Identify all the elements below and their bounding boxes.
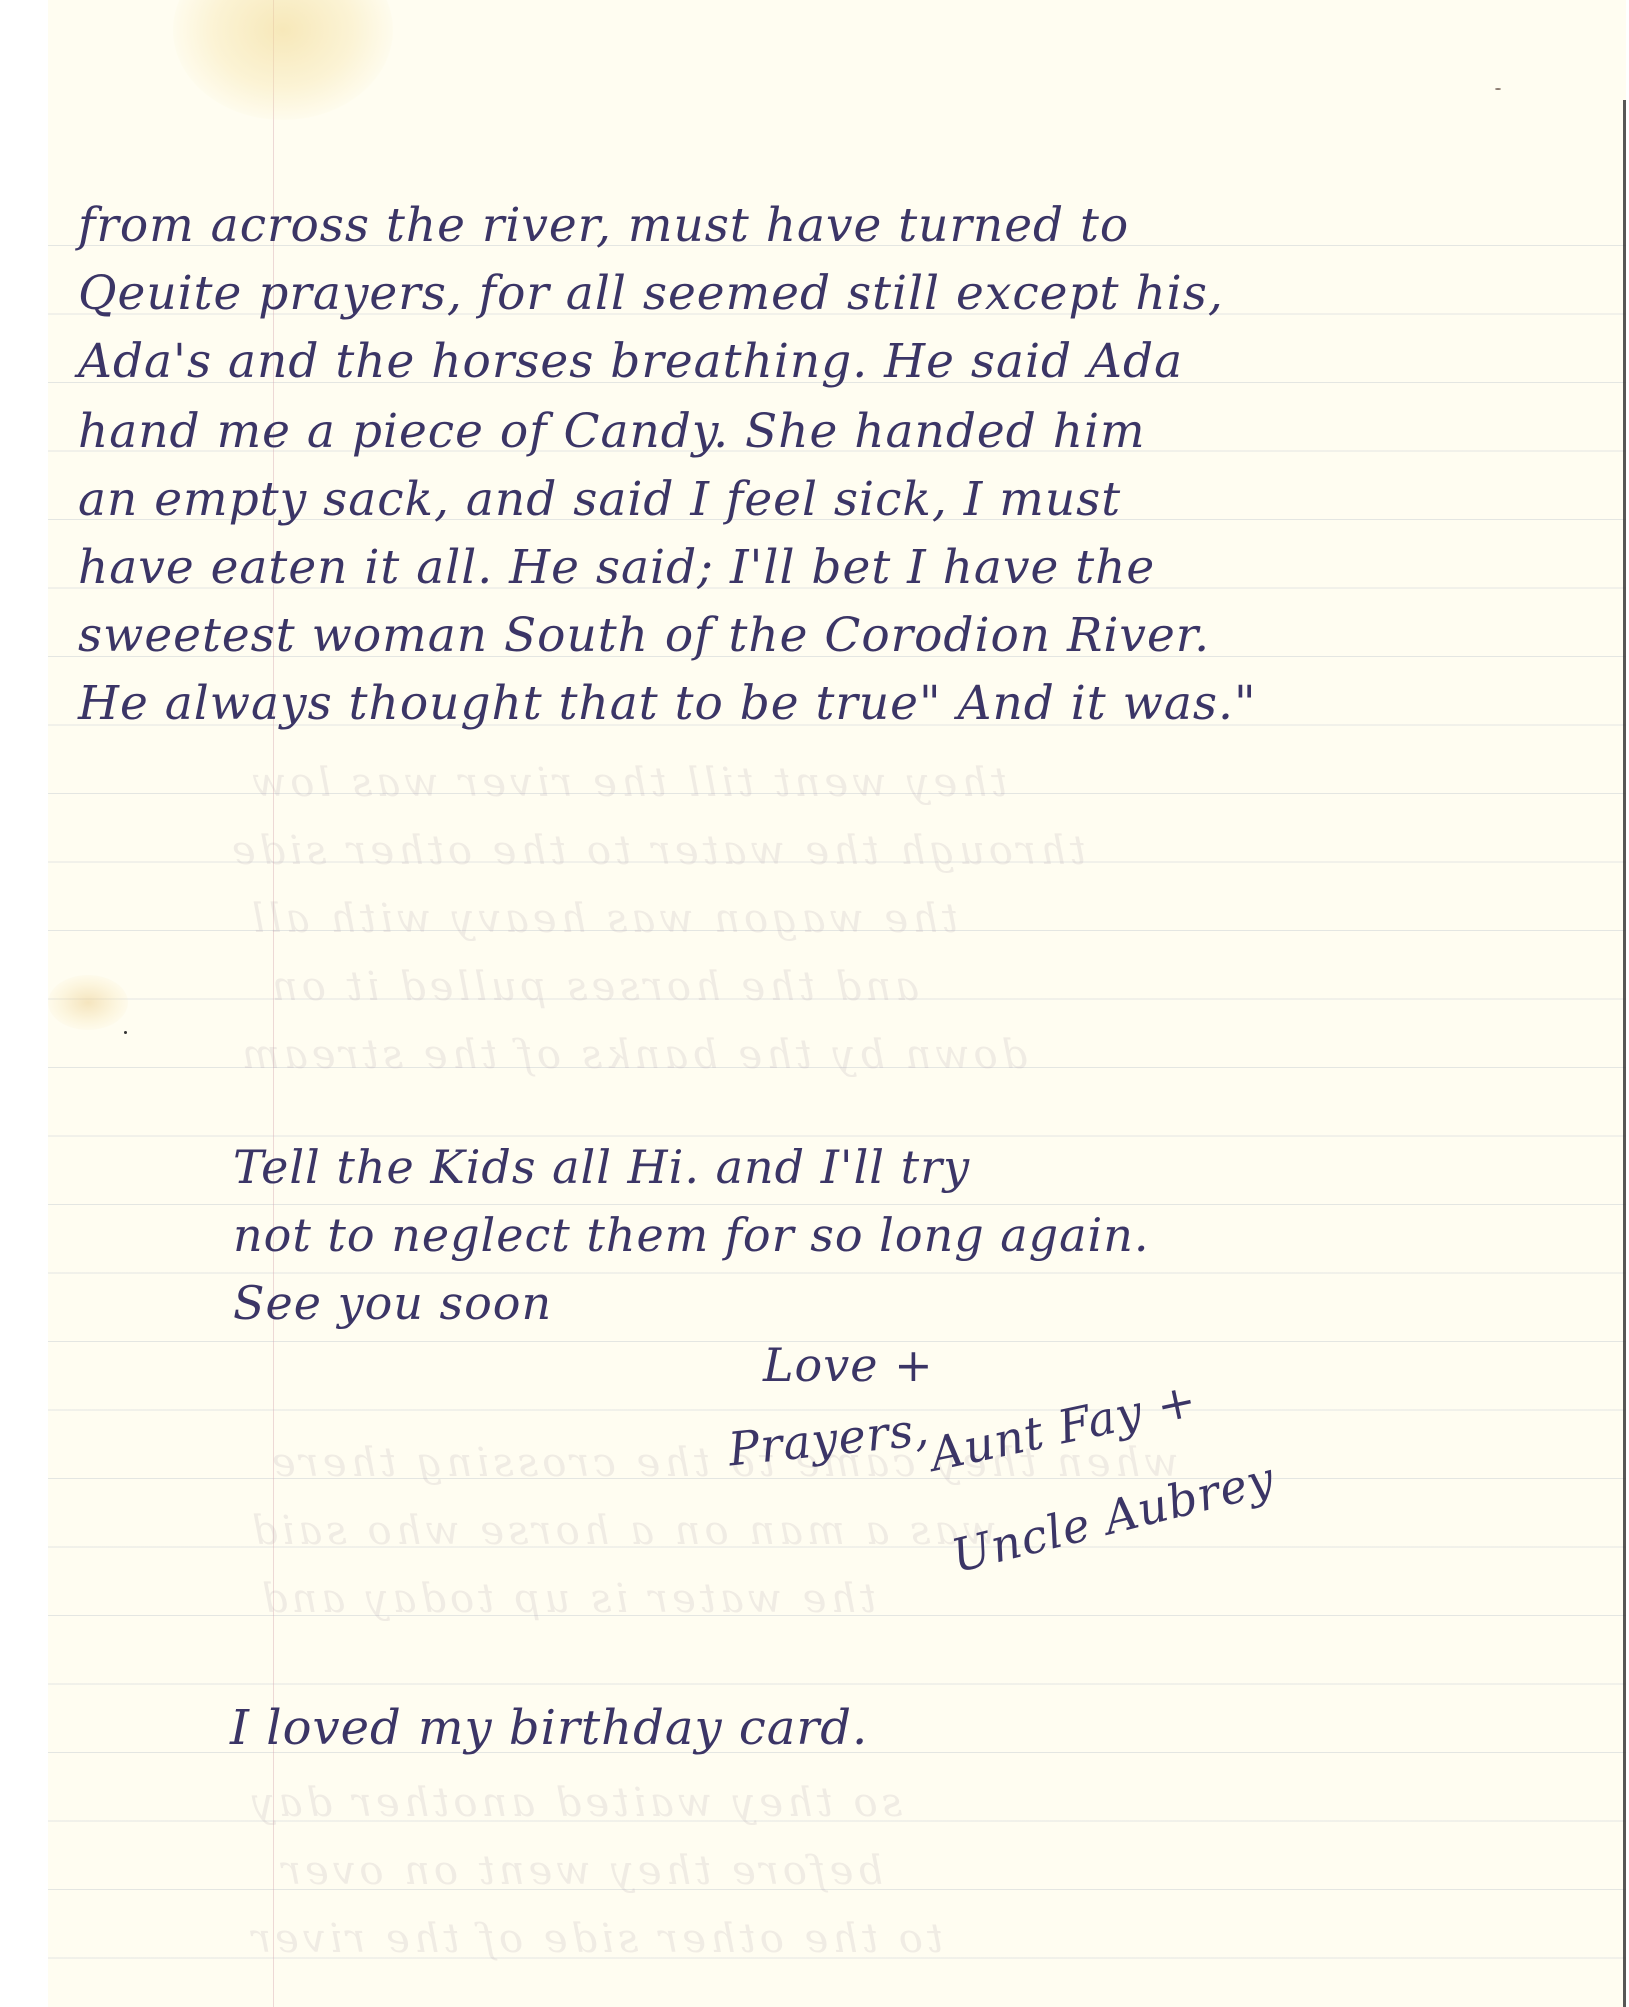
bleed-through-text: to the other side of the river [248, 1916, 943, 1962]
body-line: Qeuite prayers, for all seemed still exc… [78, 266, 1224, 321]
bleed-through-text: the wagon was heavy with all [248, 896, 958, 942]
paper-stain-top [173, 0, 393, 120]
ink-speck [124, 1031, 127, 1034]
body-line: He always thought that to be true" And i… [78, 676, 1257, 731]
body-line: Ada's and the horses breathing. He said … [78, 334, 1183, 389]
bleed-through-text: the water is up today and [258, 1576, 876, 1622]
valediction-love: Love + [763, 1338, 934, 1392]
closing-line: See you soon [233, 1276, 552, 1330]
bleed-through-text: was a man on a horse who said [248, 1508, 997, 1554]
bleed-through-text: down by the banks of the stream [238, 1032, 1027, 1078]
bleed-through-text: and the horses pulled it on [268, 964, 919, 1010]
bleed-through-text: so they waited another day [248, 1780, 902, 1826]
bleed-through-text: they went till the river was low [248, 760, 1007, 806]
paper-stain-left [48, 975, 128, 1030]
body-line: an empty sack, and said I feel sick, I m… [78, 472, 1121, 527]
paper-mark [1495, 88, 1501, 90]
letter-page: they went till the river was low through… [48, 0, 1626, 2007]
bleed-through-text: before they went on over [278, 1848, 883, 1894]
closing-line: Tell the Kids all Hi. and I'll try [233, 1140, 970, 1194]
body-line: sweetest woman South of the Corodion Riv… [78, 608, 1210, 663]
body-line: have eaten it all. He said; I'll bet I h… [78, 540, 1155, 595]
page-edge [1623, 100, 1626, 2007]
body-line: hand me a piece of Candy. She handed him [78, 404, 1146, 459]
closing-line: not to neglect them for so long again. [233, 1208, 1150, 1262]
bleed-through-text: through the water to the other side [228, 828, 1086, 874]
body-line: from across the river, must have turned … [78, 198, 1129, 253]
postscript: I loved my birthday card. [230, 1700, 868, 1756]
